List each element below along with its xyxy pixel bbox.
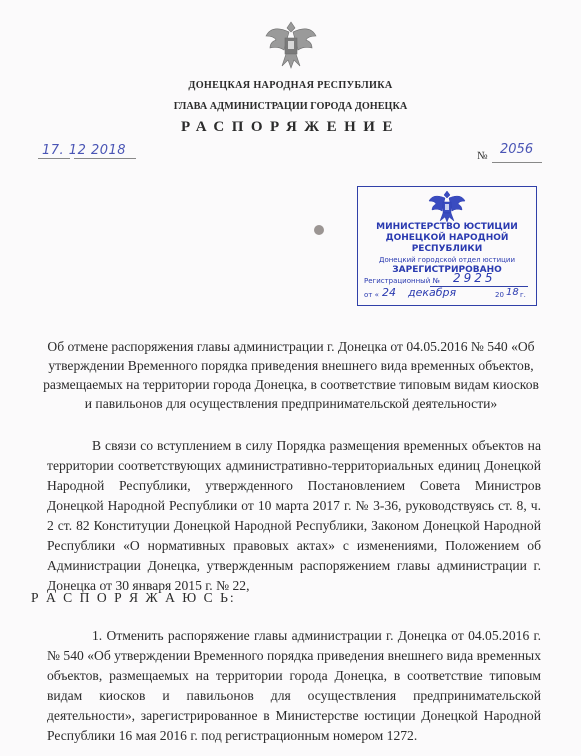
date-underline (74, 158, 136, 159)
document-title: Об отмене распоряжения главы администрац… (40, 337, 542, 413)
stamp-date-year: 18 (506, 287, 519, 298)
hole-punch-mark (314, 225, 324, 235)
stamp-registered-label: ЗАРЕГИСТРИРОВАНО (358, 265, 536, 275)
republic-heading: ДОНЕЦКАЯ НАРОДНАЯ РЕСПУБЛИКА (0, 80, 581, 91)
order-item-1: 1. Отменить распоряжение главы администр… (47, 626, 541, 746)
stamp-date-year-prefix: 20 (495, 291, 504, 299)
stamp-ministry-line: РЕСПУБЛИКИ (358, 244, 536, 254)
date-underline (38, 158, 70, 159)
stamp-ministry-line: ДОНЕЦКОЙ НАРОДНОЙ (358, 233, 536, 243)
preamble-paragraph: В связи со вступлением в силу Порядка ра… (47, 436, 541, 596)
number-underline (492, 162, 542, 163)
stamp-date-suffix: г. (520, 291, 526, 299)
handwritten-date: 17. 12 2018 (42, 143, 126, 158)
authority-heading: ГЛАВА АДМИНИСТРАЦИИ ГОРОДА ДОНЕЦКА (0, 101, 581, 112)
registration-stamp: МИНИСТЕРСТВО ЮСТИЦИИ ДОНЕЦКОЙ НАРОДНОЙ Р… (357, 186, 537, 306)
document-type-heading: РАСПОРЯЖЕНИЕ (0, 119, 581, 136)
stamp-reg-number-label: Регистрационный № (364, 277, 440, 285)
stamp-date-month: декабря (408, 286, 456, 299)
number-sign: № (477, 150, 488, 162)
order-heading: Р А С П О Р Я Ж А Ю С Ь: (31, 590, 236, 606)
handwritten-number: 2056 (500, 142, 533, 157)
stamp-date-prefix: от « (364, 291, 379, 299)
stamp-reg-number-value: 2925 (453, 271, 496, 285)
stamp-department-line: Донецкий городской отдел юстиции (358, 256, 536, 264)
document-date-field: 17. 12 2018 (38, 145, 136, 155)
stamp-ministry-line: МИНИСТЕРСТВО ЮСТИЦИИ (358, 222, 536, 232)
stamp-coat-of-arms-icon (427, 189, 467, 223)
coat-of-arms-icon (262, 14, 320, 72)
stamp-date-day: 24 (382, 286, 396, 299)
